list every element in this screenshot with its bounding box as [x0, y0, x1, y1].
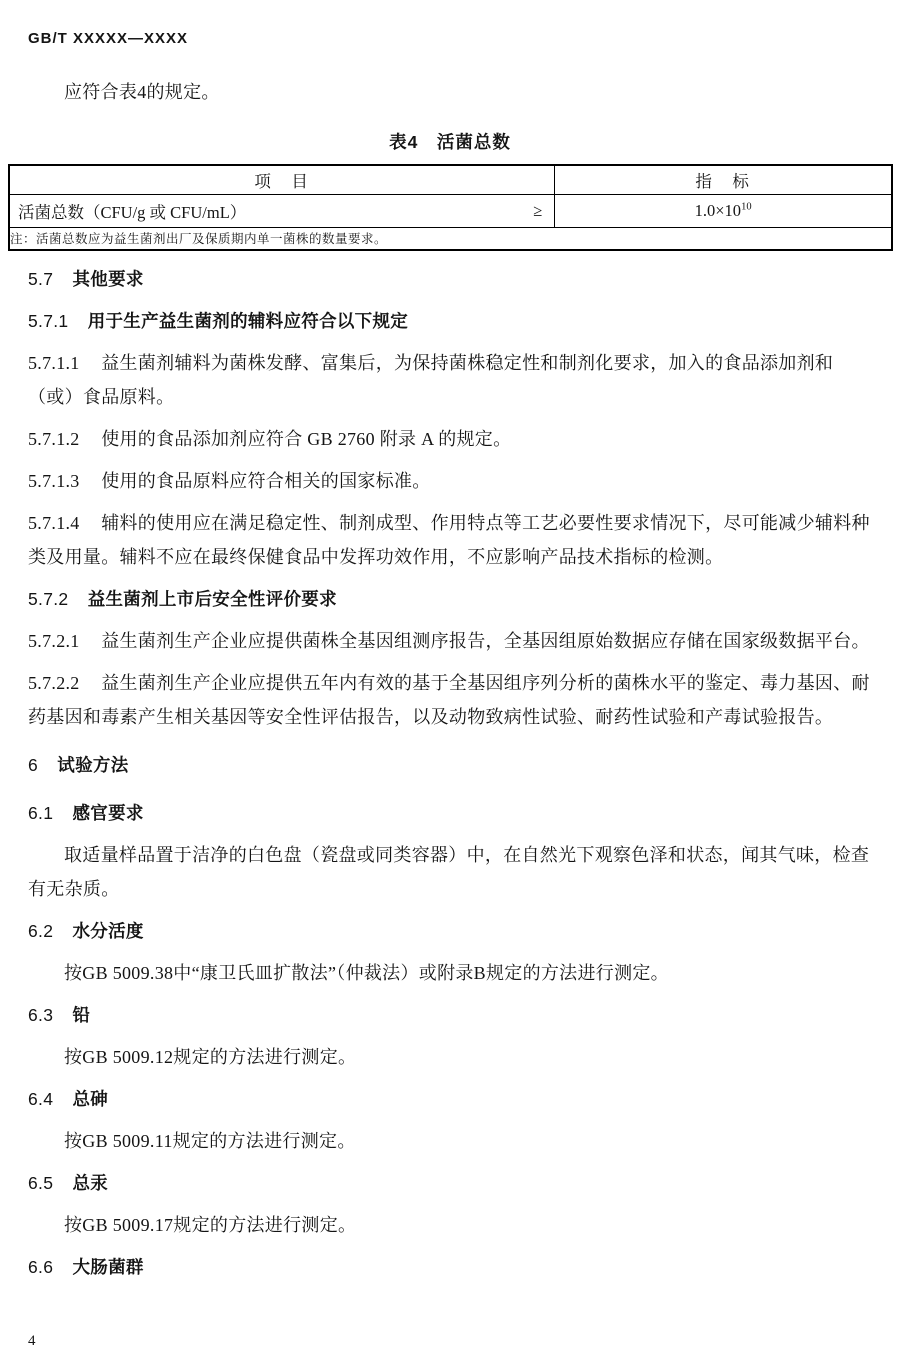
clause-5-7-1: 5.7.1用于生产益生菌剂的辅料应符合以下规定 [28, 304, 872, 338]
table-caption: 表4 活菌总数 [28, 129, 872, 154]
clause-title: 大肠菌群 [72, 1257, 143, 1277]
clause-5-7-2-2: 5.7.2.2益生菌剂生产企业应提供五年内有效的基于全基因组序列分析的菌株水平的… [28, 666, 872, 734]
clause-number: 6.6 [28, 1257, 53, 1277]
clause-title: 其他要求 [72, 269, 143, 289]
table-header-row: 项 目 指 标 [9, 165, 892, 194]
spec-value-cell: 1.0×1010 [555, 194, 892, 227]
clause-title: 试验方法 [57, 755, 128, 775]
clause-number: 6.3 [28, 1005, 53, 1025]
clause-number: 5.7.2.1 [28, 631, 80, 651]
clause-6-3: 6.3铅 [28, 998, 872, 1032]
item-name: 活菌总数（CFU/g 或 CFU/mL） [18, 199, 246, 223]
clause-5-7-1-3: 5.7.1.3使用的食品原料应符合相关的国家标准。 [28, 464, 872, 498]
intro-paragraph: 应符合表4的规定。 [28, 79, 872, 105]
page-content: GB/T XXXXX—XXXX 应符合表4的规定。 表4 活菌总数 项 目 指 … [0, 0, 900, 1284]
clause-number: 5.7 [28, 269, 53, 289]
clause-title: 总汞 [72, 1173, 108, 1193]
clause-title: 铅 [72, 1005, 90, 1025]
clause-number: 6.5 [28, 1173, 53, 1193]
clause-number: 5.7.1.3 [28, 471, 80, 491]
clause-6-1-text: 取适量样品置于洁净的白色盘（瓷盘或同类容器）中，在自然光下观察色泽和状态，闻其气… [28, 838, 872, 906]
col-header-index: 指 标 [555, 165, 892, 194]
page-number: 4 [28, 1333, 36, 1350]
spec-value-base: 1.0×10 [695, 201, 741, 220]
clause-title: 总砷 [72, 1089, 108, 1109]
clause-number: 5.7.1.4 [28, 513, 80, 533]
geq-symbol: ≥ [533, 201, 542, 221]
clause-text: 益生菌剂生产企业应提供五年内有效的基于全基因组序列分析的菌株水平的鉴定、毒力基因… [28, 673, 870, 727]
standard-number-header: GB/T XXXXX—XXXX [28, 30, 872, 47]
clause-text: 使用的食品原料应符合相关的国家标准。 [101, 471, 430, 491]
table-data-row: 活菌总数（CFU/g 或 CFU/mL） ≥ 1.0×1010 [9, 194, 892, 227]
document-page: GB/T XXXXX—XXXX 应符合表4的规定。 表4 活菌总数 项 目 指 … [0, 0, 900, 1366]
clauses: 5.7其他要求 5.7.1用于生产益生菌剂的辅料应符合以下规定 5.7.1.1益… [28, 262, 872, 1284]
clause-6-2-text: 按GB 5009.38中“康卫氏皿扩散法”（仲裁法）或附录B规定的方法进行测定。 [28, 956, 872, 990]
col-header-item: 项 目 [9, 165, 555, 194]
clause-6-6: 6.6大肠菌群 [28, 1250, 872, 1284]
clause-title: 益生菌剂上市后安全性评价要求 [88, 589, 337, 609]
clause-number: 6.4 [28, 1089, 53, 1109]
clause-6-4-text: 按GB 5009.11规定的方法进行测定。 [28, 1124, 872, 1158]
clause-6-1: 6.1感官要求 [28, 796, 872, 830]
clause-6-3-text: 按GB 5009.12规定的方法进行测定。 [28, 1040, 872, 1074]
clause-6-5-text: 按GB 5009.17规定的方法进行测定。 [28, 1208, 872, 1242]
clause-5-7-1-1: 5.7.1.1益生菌剂辅料为菌株发酵、富集后，为保持菌株稳定性和制剂化要求，加入… [28, 346, 872, 414]
clause-number: 5.7.1.2 [28, 429, 80, 449]
table-note-row: 注：活菌总数应为益生菌剂出厂及保质期内单一菌株的数量要求。 [9, 227, 892, 250]
clause-number: 5.7.1 [28, 311, 68, 331]
clause-5-7-2-1: 5.7.2.1益生菌剂生产企业应提供菌株全基因组测序报告，全基因组原始数据应存储… [28, 624, 872, 658]
clause-6-5: 6.5总汞 [28, 1166, 872, 1200]
clause-6-4: 6.4总砷 [28, 1082, 872, 1116]
clause-number: 5.7.1.1 [28, 353, 80, 373]
clause-number: 6 [28, 755, 38, 775]
clause-6: 6试验方法 [28, 748, 872, 782]
clause-5-7: 5.7其他要求 [28, 262, 872, 296]
clause-text: 益生菌剂辅料为菌株发酵、富集后，为保持菌株稳定性和制剂化要求，加入的食品添加剂和… [28, 353, 833, 407]
table-note: 注：活菌总数应为益生菌剂出厂及保质期内单一菌株的数量要求。 [9, 227, 892, 250]
clause-5-7-1-2: 5.7.1.2使用的食品添加剂应符合 GB 2760 附录 A 的规定。 [28, 422, 872, 456]
spec-table: 项 目 指 标 活菌总数（CFU/g 或 CFU/mL） ≥ 1.0×1010 [8, 164, 893, 251]
item-cell: 活菌总数（CFU/g 或 CFU/mL） ≥ [9, 194, 555, 227]
clause-number: 5.7.2 [28, 589, 68, 609]
clause-title: 用于生产益生菌剂的辅料应符合以下规定 [88, 311, 408, 331]
clause-5-7-1-4: 5.7.1.4辅料的使用应在满足稳定性、制剂成型、作用特点等工艺必要性要求情况下… [28, 506, 872, 574]
clause-6-2: 6.2水分活度 [28, 914, 872, 948]
clause-number: 5.7.2.2 [28, 673, 80, 693]
clause-text: 益生菌剂生产企业应提供菌株全基因组测序报告，全基因组原始数据应存储在国家级数据平… [101, 631, 870, 651]
spec-value-exponent: 10 [741, 201, 752, 212]
clause-text: 辅料的使用应在满足稳定性、制剂成型、作用特点等工艺必要性要求情况下，尽可能减少辅… [28, 513, 870, 567]
clause-title: 感官要求 [72, 803, 143, 823]
clause-text: 使用的食品添加剂应符合 GB 2760 附录 A 的规定。 [101, 429, 511, 449]
clause-title: 水分活度 [72, 921, 143, 941]
clause-number: 6.2 [28, 921, 53, 941]
clause-5-7-2: 5.7.2益生菌剂上市后安全性评价要求 [28, 582, 872, 616]
clause-number: 6.1 [28, 803, 53, 823]
